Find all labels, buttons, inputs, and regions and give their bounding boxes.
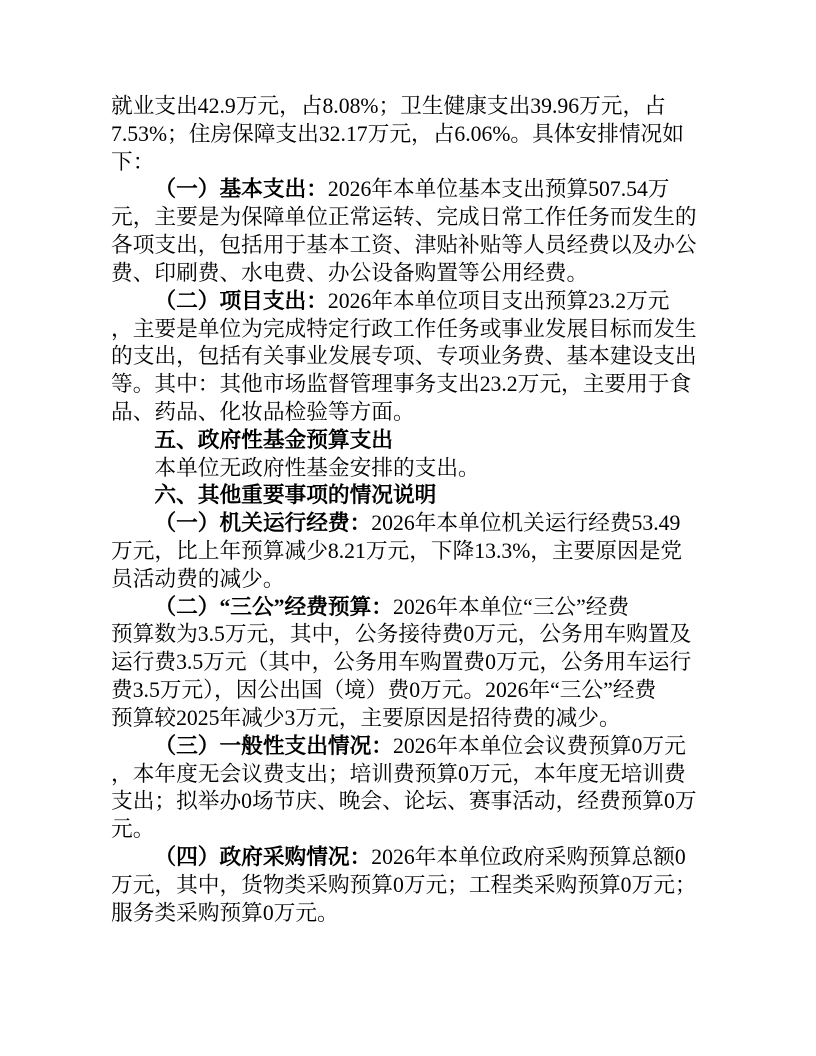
text-run: 就业支出42.9万元，占8.08%；卫生健康支出39.96万元，占 (111, 94, 666, 118)
text-run: ，主要是单位为完成特定行政工作任务或事业发展目标而发生 (111, 317, 697, 341)
text-line: （二）项目支出：2026年本单位项目支出预算23.2万元 (111, 288, 707, 316)
text-line: 的支出，包括有关事业发展专项、专项业务费、基本建设支出 (111, 343, 707, 371)
text-run: 预算较2025年减少3万元，主要原因是招待费的减少。 (111, 706, 621, 730)
text-run: 2026年本单位“三公”经费 (393, 595, 629, 619)
text-line: 就业支出42.9万元，占8.08%；卫生健康支出39.96万元，占 (111, 93, 707, 121)
text-line: 7.53%；住房保障支出32.17万元，占6.06%。具体安排情况如 (111, 121, 707, 149)
text-run: 元。 (111, 817, 154, 841)
bold-text-run: （四）政府采购情况： (154, 845, 371, 869)
text-line: 元。 (111, 816, 707, 844)
text-line: （一）基本支出：2026年本单位基本支出预算507.54万 (111, 176, 707, 204)
bold-text-run: 六、其他重要事项的情况说明 (154, 483, 436, 507)
text-line: 下： (111, 149, 707, 177)
text-run: 下： (111, 150, 154, 174)
text-run: 元，主要是为保障单位正常运转、完成日常工作任务而发生的 (111, 205, 697, 229)
paragraph-basic-expenditure: （一）基本支出：2026年本单位基本支出预算507.54万元，主要是为保障单位正… (111, 176, 707, 287)
text-line: 各项支出，包括用于基本工资、津贴补贴等人员经费以及办公 (111, 232, 707, 260)
text-line: 元，主要是为保障单位正常运转、完成日常工作任务而发生的 (111, 204, 707, 232)
text-run: 运行费3.5万元（其中，公务用车购置费0万元，公务用车运行 (111, 650, 691, 674)
text-line: ，本年度无会议费支出；培训费预算0万元，本年度无培训费 (111, 761, 707, 789)
text-line: 五、政府性基金预算支出 (111, 427, 707, 455)
text-line: 费3.5万元），因公出国（境）费0万元。2026年“三公”经费 (111, 677, 707, 705)
text-line: 运行费3.5万元（其中，公务用车购置费0万元，公务用车运行 (111, 649, 707, 677)
text-run: 万元，其中，货物类采购预算0万元；工程类采购预算0万元； (111, 873, 697, 897)
text-line: 员活动费的减少。 (111, 566, 707, 594)
paragraph-continued-expenditure-breakdown: 就业支出42.9万元，占8.08%；卫生健康支出39.96万元，占7.53%；住… (111, 93, 707, 176)
paragraph-section-6-heading: 六、其他重要事项的情况说明 (111, 482, 707, 510)
text-line: 费、印刷费、水电费、办公设备购置等公用经费。 (111, 260, 707, 288)
text-line: 六、其他重要事项的情况说明 (111, 482, 707, 510)
text-line: 品、药品、化妆品检验等方面。 (111, 399, 707, 427)
text-run: 服务类采购预算0万元。 (111, 901, 339, 925)
text-run: 费3.5万元），因公出国（境）费0万元。2026年“三公”经费 (111, 678, 656, 702)
text-line: （三）一般性支出情况：2026年本单位会议费预算0万元 (111, 733, 707, 761)
text-run: 等。其中：其他市场监督管理事务支出23.2万元，主要用于食 (111, 372, 691, 396)
bold-text-run: （二）项目支出： (154, 289, 328, 313)
text-run: 2026年本单位政府采购预算总额0 (371, 845, 685, 869)
text-run: 各项支出，包括用于基本工资、津贴补贴等人员经费以及办公 (111, 233, 697, 257)
text-line: 本单位无政府性基金安排的支出。 (111, 455, 707, 483)
paragraph-government-procurement: （四）政府采购情况：2026年本单位政府采购预算总额0万元，其中，货物类采购预算… (111, 844, 707, 927)
text-line: 预算较2025年减少3万元，主要原因是招待费的减少。 (111, 705, 707, 733)
bold-text-run: （一）机关运行经费： (154, 511, 371, 535)
text-line: （四）政府采购情况：2026年本单位政府采购预算总额0 (111, 844, 707, 872)
paragraph-section-5-heading: 五、政府性基金预算支出 (111, 427, 707, 455)
text-line: 万元，比上年预算减少8.21万元，下降13.3%，主要原因是党 (111, 538, 707, 566)
bold-text-run: （三）一般性支出情况： (154, 734, 393, 758)
text-run: 员活动费的减少。 (111, 567, 285, 591)
text-run: 2026年本单位项目支出预算23.2万元 (328, 289, 670, 313)
text-run: 万元，比上年预算减少8.21万元，下降13.3%，主要原因是党 (111, 539, 682, 563)
text-line: 万元，其中，货物类采购预算0万元；工程类采购预算0万元； (111, 872, 707, 900)
text-line: （一）机关运行经费：2026年本单位机关运行经费53.49 (111, 510, 707, 538)
text-line: （二）“三公”经费预算：2026年本单位“三公”经费 (111, 594, 707, 622)
text-run: 预算数为3.5万元，其中，公务接待费0万元，公务用车购置及 (111, 622, 691, 646)
document-page: 就业支出42.9万元，占8.08%；卫生健康支出39.96万元，占7.53%；住… (0, 0, 816, 1056)
paragraph-three-public-expense-budget: （二）“三公”经费预算：2026年本单位“三公”经费预算数为3.5万元，其中，公… (111, 594, 707, 733)
text-line: ，主要是单位为完成特定行政工作任务或事业发展目标而发生 (111, 316, 707, 344)
paragraph-section-5-body: 本单位无政府性基金安排的支出。 (111, 455, 707, 483)
text-run: 品、药品、化妆品检验等方面。 (111, 400, 415, 424)
text-line: 支出；拟举办0场节庆、晚会、论坛、赛事活动，经费预算0万 (111, 788, 707, 816)
paragraph-general-expenditure: （三）一般性支出情况：2026年本单位会议费预算0万元，本年度无会议费支出；培训… (111, 733, 707, 844)
text-line: 服务类采购预算0万元。 (111, 900, 707, 928)
text-run: 支出；拟举办0场节庆、晚会、论坛、赛事活动，经费预算0万 (111, 789, 697, 813)
text-run: 2026年本单位机关运行经费53.49 (371, 511, 680, 535)
text-run: 本单位无政府性基金安排的支出。 (154, 456, 479, 480)
paragraph-project-expenditure: （二）项目支出：2026年本单位项目支出预算23.2万元，主要是单位为完成特定行… (111, 288, 707, 427)
text-run: 的支出，包括有关事业发展专项、专项业务费、基本建设支出 (111, 344, 697, 368)
text-run: 2026年本单位会议费预算0万元 (393, 734, 686, 758)
bold-text-run: （一）基本支出： (154, 177, 328, 201)
document-body: 就业支出42.9万元，占8.08%；卫生健康支出39.96万元，占7.53%；住… (111, 93, 707, 927)
bold-text-run: （二）“三公”经费预算： (154, 595, 393, 619)
text-run: 7.53%；住房保障支出32.17万元，占6.06%。具体安排情况如 (111, 122, 684, 146)
text-line: 等。其中：其他市场监督管理事务支出23.2万元，主要用于食 (111, 371, 707, 399)
text-run: ，本年度无会议费支出；培训费预算0万元，本年度无培训费 (111, 762, 686, 786)
text-run: 费、印刷费、水电费、办公设备购置等公用经费。 (111, 261, 588, 285)
text-line: 预算数为3.5万元，其中，公务接待费0万元，公务用车购置及 (111, 621, 707, 649)
paragraph-agency-operating-expense: （一）机关运行经费：2026年本单位机关运行经费53.49万元，比上年预算减少8… (111, 510, 707, 593)
text-run: 2026年本单位基本支出预算507.54万 (328, 177, 670, 201)
bold-text-run: 五、政府性基金预算支出 (154, 428, 393, 452)
